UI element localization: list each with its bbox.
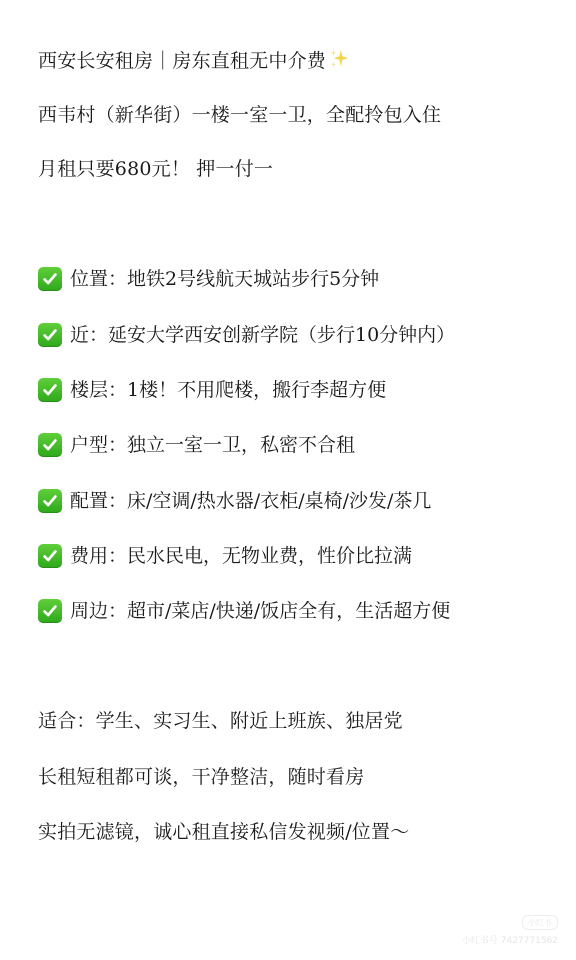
post-image: 西安长安租房｜房东直租无中介费 西韦村（新华街）一楼一室一卫，全配拎包入住 月租… xyxy=(0,0,576,960)
watermark: 小红书 小红书号 7427771562 xyxy=(462,915,558,946)
rental-terms: 长租短租都可谈，干净整洁，随时看房 xyxy=(38,764,364,790)
post-title: 西安长安租房｜房东直租无中介费 xyxy=(38,48,350,74)
check-mark-button-icon xyxy=(38,267,62,291)
price-line: 月租只要680元！ 押一付一 xyxy=(38,156,273,182)
feature-item-furnishing: 配置：床/空调/热水器/衣柜/桌椅/沙发/茶几 xyxy=(38,488,431,514)
feature-text: 户型：独立一室一卫，私密不合租 xyxy=(70,432,355,458)
feature-text: 配置：床/空调/热水器/衣柜/桌椅/沙发/茶几 xyxy=(70,488,431,514)
feature-text: 周边：超市/菜店/快递/饭店全有，生活超方便 xyxy=(70,598,450,624)
check-mark-button-icon xyxy=(38,544,62,568)
feature-item-floor: 楼层：1楼！不用爬楼，搬行李超方便 xyxy=(38,377,386,403)
check-mark-button-icon xyxy=(38,599,62,623)
check-mark-button-icon xyxy=(38,433,62,457)
title-text: 西安长安租房｜房东直租无中介费 xyxy=(38,50,326,72)
feature-item-nearby: 近：延安大学西安创新学院（步行10分钟内） xyxy=(38,322,455,348)
feature-item-surroundings: 周边：超市/菜店/快递/饭店全有，生活超方便 xyxy=(38,598,450,624)
feature-text: 楼层：1楼！不用爬楼，搬行李超方便 xyxy=(70,377,386,403)
feature-text: 位置：地铁2号线航天城站步行5分钟 xyxy=(70,266,379,292)
feature-item-layout: 户型：独立一室一卫，私密不合租 xyxy=(38,432,355,458)
feature-item-costs: 费用：民水民电，无物业费，性价比拉满 xyxy=(38,543,412,569)
check-mark-button-icon xyxy=(38,378,62,402)
check-mark-button-icon xyxy=(38,489,62,513)
sparkles-icon xyxy=(328,48,350,70)
suitable-for: 适合：学生、实习生、附近上班族、独居党 xyxy=(38,708,403,734)
watermark-logo: 小红书 xyxy=(522,915,558,930)
post-subtitle: 西韦村（新华街）一楼一室一卫，全配拎包入住 xyxy=(38,102,441,128)
check-mark-button-icon xyxy=(38,323,62,347)
contact-note: 实拍无滤镜，诚心租直接私信发视频/位置～ xyxy=(38,819,409,845)
watermark-id: 小红书号 7427771562 xyxy=(462,936,558,946)
feature-text: 费用：民水民电，无物业费，性价比拉满 xyxy=(70,543,412,569)
feature-item-location: 位置：地铁2号线航天城站步行5分钟 xyxy=(38,266,379,292)
feature-text: 近：延安大学西安创新学院（步行10分钟内） xyxy=(70,322,455,348)
